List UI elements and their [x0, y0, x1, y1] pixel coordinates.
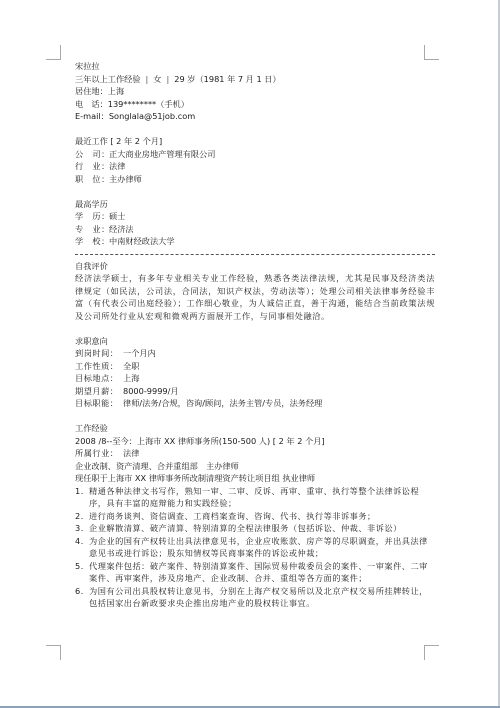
phone-label: 电 话：: [75, 99, 108, 109]
job-intention-section: 求职意向 到岗时间：一个月内 工作性质：全职 目标地点：上海 期望月薪：8000…: [75, 335, 435, 410]
work-experience-section: 工作经验 2008 /8--至今：上海市 XX 律师事务所(150-500 人)…: [75, 422, 435, 610]
candidate-name: 宋拉拉: [75, 60, 435, 73]
residence-label: 居住地：: [75, 86, 108, 96]
email-label: E-mail：: [75, 111, 109, 121]
intention-location: 目标地点：上海: [75, 372, 435, 385]
work-department: 企业改制、资产清理、合并重组部 主办律师: [75, 460, 435, 473]
residence-row: 居住地：上海: [75, 85, 435, 98]
residence-value: 上海: [108, 86, 124, 96]
recent-job-section: 最近工作 [ 2 年 2 个月] 公 司：正大商业房地产管理有限公司 行 业：法…: [75, 135, 435, 185]
education-section: 最高学历 学 历：硕士 专 业：经济法 学 校：中南财经政法大学: [75, 198, 435, 255]
intention-job-type: 工作性质：全职: [75, 360, 435, 373]
recent-job-company: 公 司：正大商业房地产管理有限公司: [75, 148, 435, 161]
crop-mark-top-left: [46, 45, 61, 60]
profile-summary: 三年以上工作经验|女|29 岁（1981 年 7 月 1 日）: [75, 73, 435, 86]
job-intention-heading: 求职意向: [75, 335, 435, 348]
duty-item: 5.代理案件包括：破产案件、特别清算案件、国际贸易仲裁委员会的案件、一审案件、二…: [75, 560, 435, 585]
self-evaluation-section: 自我评价 经济法学硕士，有多年专业相关专业工作经验，熟悉各类法律法规，尤其是民事…: [75, 260, 435, 323]
resume-document: 宋拉拉 三年以上工作经验|女|29 岁（1981 年 7 月 1 日） 居住地：…: [75, 60, 435, 610]
education-degree: 学 历：硕士: [75, 210, 435, 223]
phone-value: 139********（手机）: [108, 99, 189, 109]
email-value[interactable]: Songlala@51job.com: [109, 111, 195, 121]
crop-mark-top-right: [424, 45, 439, 60]
dashed-divider: [75, 254, 435, 255]
crop-mark-bottom-right: [424, 645, 439, 660]
intention-function: 目标职能：律师/法务/合规，咨询/顾问，法务主管/专员，法务经理: [75, 397, 435, 410]
duties-list: 1.精通各种法律文书写作，熟知一审、二审、反诉、再审、重审、执行等整个法律诉讼程…: [75, 485, 435, 610]
education-school: 学 校：中南财经政法大学: [75, 235, 435, 248]
intention-salary: 期望月薪：8000-9999/月: [75, 385, 435, 398]
work-industry-value: 法律: [123, 447, 139, 460]
age-birthdate: 29 岁（1981 年 7 月 1 日）: [174, 74, 280, 84]
recent-job-heading: 最近工作 [ 2 年 2 个月]: [75, 135, 435, 148]
work-industry-label: 所属行业：: [75, 447, 123, 460]
intention-start-time: 到岗时间：一个月内: [75, 347, 435, 360]
recent-job-industry: 行 业：法律: [75, 160, 435, 173]
self-evaluation-heading: 自我评价: [75, 260, 435, 273]
duty-item: 1.精通各种法律文书写作，熟知一审、二审、反诉、再审、重审、执行等整个法律诉讼程…: [75, 485, 435, 510]
experience-years: 三年以上工作经验: [75, 74, 141, 84]
work-experience-heading: 工作经验: [75, 422, 435, 435]
duty-item: 3.企业解散清算、破产清算、特别清算的全程法律服务（包括诉讼、仲裁、非诉讼）: [75, 522, 435, 535]
profile-section: 宋拉拉 三年以上工作经验|女|29 岁（1981 年 7 月 1 日） 居住地：…: [75, 60, 435, 123]
work-industry-row: 所属行业：法律: [75, 447, 435, 460]
email-row: E-mail：Songlala@51job.com: [75, 110, 435, 123]
education-major: 专 业：经济法: [75, 223, 435, 236]
crop-mark-bottom-left: [46, 645, 61, 660]
duty-item: 6.为国有公司出具股权转让意见书，分别在上海产权交易所以及北京产权交易所挂牌转让…: [75, 585, 435, 610]
education-heading: 最高学历: [75, 198, 435, 211]
duty-item: 4.为企业的国有产权转让出具法律意见书，企业应收账款、房产等的尽职调查，并出具法…: [75, 535, 435, 560]
work-current-role: 现任职于上海市 XX 律师事务所改制清理资产转让项目组 执业律师: [75, 472, 435, 485]
work-period: 2008 /8--至今：上海市 XX 律师事务所(150-500 人) [ 2 …: [75, 435, 435, 448]
recent-job-position: 职 位：主办律师: [75, 173, 435, 186]
self-evaluation-text: 经济法学硕士，有多年专业相关专业工作经验，熟悉各类法律法规，尤其是民事及经济类法…: [75, 272, 435, 322]
duty-item: 2.进行商务谈判、资信调查、工商档案查询、咨询、代书、执行等非诉事务；: [75, 510, 435, 523]
phone-row: 电 话：139********（手机）: [75, 98, 435, 111]
